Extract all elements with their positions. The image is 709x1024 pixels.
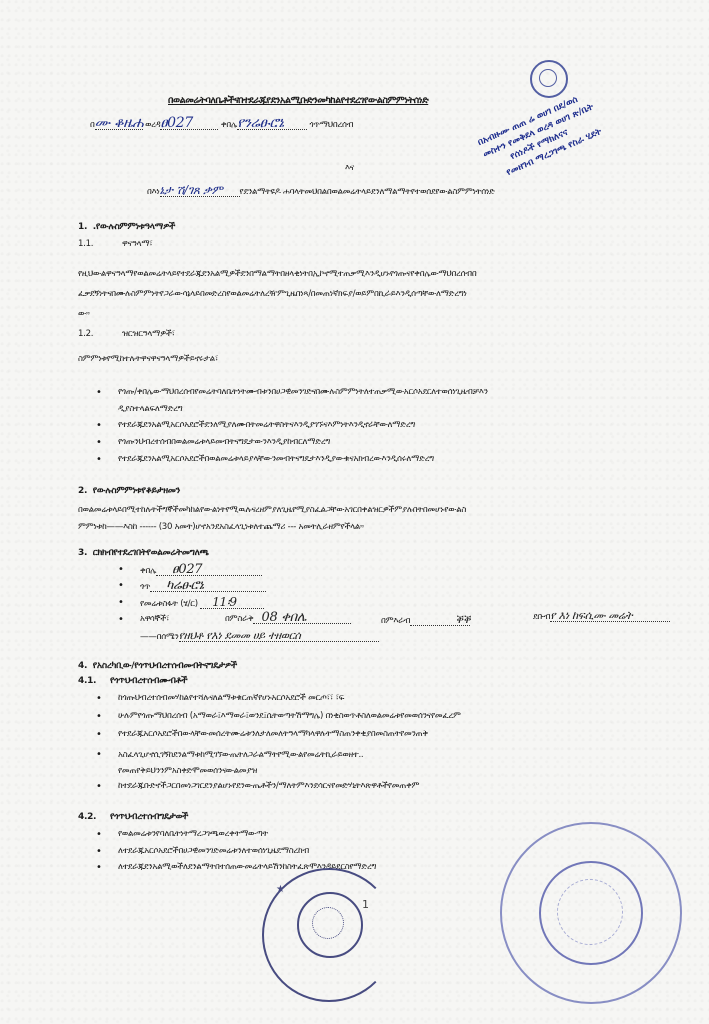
section-4-heading: 4. የአስረካቢው/የጎጥህብረተሰብመብትናግዴታዎች [78, 661, 237, 672]
section-1-2-intro: ስምምነቱየሚከተሉትዋናዋናዓላማዎችይኖሩታል፣ [78, 354, 218, 365]
list-item: ሁሉምየጎጡማህበረሰብ (አማወራ፤እማወራ፤ወንደ፤ሴትወጣትሽማግሌ) በ… [118, 711, 461, 722]
stamp-mark: 1 [362, 898, 369, 911]
gote-field: ጎጥካሬፁሮኔ [140, 580, 266, 593]
north-border: ——በሰሜንየዘህቶ የእነ ደመመ ሀይ ተዘወርሰ [140, 630, 379, 643]
south-border: ደቡብየ እነ ከፍሲሙ መሬት [533, 610, 670, 623]
section-1-heading: 1. .የውሉስምምነቱዓላማዎች [78, 222, 175, 233]
area-field: የመሬቱስፋት (ሄ/ር) 11፡9 [140, 597, 264, 610]
kebele-field: ቀበሌፀ027 [140, 564, 262, 577]
section-1-1-heading: 1.1. ዋናዓላማ፣ [78, 239, 93, 250]
list-item: የጎጡ/ቀበሌውማህበረሰብየመሬትባለቤትነትሙብቱንበሀጋዊመንገድናበሙሉ… [118, 384, 488, 418]
approval-note: በአብዙሙ ጠጠ ሬ ወሀገ በደ/ወሰ መስተን የመቅደላ ወረዳ ወሀገ … [476, 89, 607, 185]
party-line: በሙ ቆዜሐ ወረዳፀ027 ቀበሌየንሬፁሮኔ ጎጥማህበረሰብ [90, 118, 353, 131]
second-party-line: በእነኔታ ሽ/ገጸ ቃምየደንልማትዩዶ ሐባላትመህበልበወልመሬትላይደን… [147, 185, 495, 198]
section-3-heading: 3. ርክክብየተደረገበትየወልመሬትመግለጫ [78, 548, 209, 559]
list-item: ከጎጡህብረተሰብመሃከልየተሻሉናለልማቱቁርጠኛየሆኑአርሶአደሮች መርጦ… [118, 693, 344, 704]
section-2-paragraph: በወልመሬቱላይበሚተከሉትችግኞችመካከልየውልነትየሚዉሉናረዘምያለጊዜየ… [78, 502, 466, 536]
top-small-stamp [530, 60, 568, 98]
list-item: አስፈላጊሆኖሲገኝከደንልማቱከሚገኘውጤትለጋራልማትየሚውልየመሬትኪራይ… [118, 747, 363, 779]
section-2-heading: 2. የውሉስምምነቱየቆይታዘመን [78, 486, 180, 497]
list-item: የተደራጁደንአልሚአርሶአደሮችደንለሚያለሙበትመሬትዋስትናእንዲያገኙና… [118, 420, 415, 431]
and-word: እና [345, 163, 354, 174]
woreda-handwritten: ሙ ቆዜሐ [95, 118, 143, 130]
bottom-right-stamp [500, 822, 682, 1004]
list-item: የተደራጁደንአልሚአርሶአደሮችበወልመሬቱላይያላቸውንመብትናግዴታእንዲ… [118, 454, 434, 465]
borders-field: አዋሳኞች፣ [140, 614, 169, 625]
bottom-center-stamp: 1 ★ [262, 868, 396, 1002]
document-title: በወልመሬትባለቤቶችናበተደራጁየደንአልሚቡድንመካከልየተደረገየውልስም… [168, 95, 428, 106]
west-border: በምእራብቕቕ [381, 614, 470, 627]
gote-handwritten: የንሬፁሮኔ [237, 118, 307, 130]
list-item: ከተደራጁቡድኖችጋርበመነጋገርደንያልሆኑየደንውጤቶችን/ማለትምእንደሳ… [118, 781, 419, 792]
group-name-handwritten: ኔታ ሽ/ገጸ ቃም [160, 185, 240, 197]
list-item: የወልመሬቱንየባለቤትነትማረጋገጫወረቀትማውጣት [118, 829, 268, 840]
section-1-2-heading: 1.2. ዝርዝርዓላማዎች፣ [78, 329, 93, 340]
section-1-1-paragraph: የዚህውልዋናዓላማየወልመሬትላይየተደራጁደንአልሚዎችደንበማልማትበዘላ… [78, 264, 477, 324]
list-item: ለተደራጁአርሶአደሮችበሀጋዊመንገድመሬቱንለተወሰነጊዜደማስረከብ [118, 846, 309, 857]
list-item: የጎጡንህብረተሰብበወልመሬቱላይመብትናግዴታውንእንዲያከብርለማድረግ [118, 437, 330, 448]
section-4-1-heading: 4.1. የጎጥህብረተሰብሙብቶች [78, 676, 96, 687]
scanned-document-page: በወልመሬትባለቤቶችናበተደራጁየደንአልሚቡድንመካከልየተደረገየውልስም… [0, 0, 709, 1024]
list-item: የተደራጁአርሶአደሮችበውላቸውመሰረትሙሬቱንለታለመለትዓላማካላዋሉትማ… [118, 729, 428, 740]
section-4-2-heading: 4.2. የጎጥህብረተሰብግዴታወች [78, 812, 96, 823]
kebele-handwritten: ፀ027 [160, 118, 218, 130]
east-border: በምስራቅ08 ቀበሌ [225, 612, 351, 625]
star-icon: ★ [276, 884, 285, 895]
